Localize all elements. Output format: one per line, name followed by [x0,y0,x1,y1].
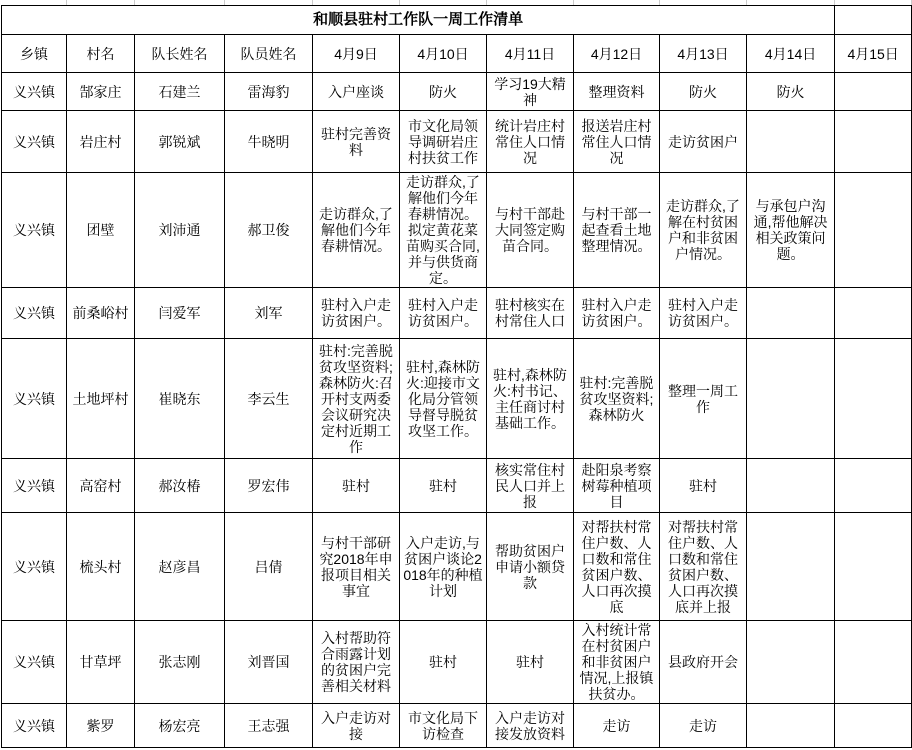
table-cell [835,288,912,339]
table-cell: 驻村核实在村常住人口 [487,288,574,339]
table-cell: 郭锐斌 [135,111,225,173]
table-row: 义兴镇高窑村郝汝椿罗宏伟驻村驻村核实常住村民人口并上报赴阳泉考察树莓种植项目驻村 [2,459,912,513]
table-cell: 对帮扶村常住户数、人口数和常住贫困户数、人口再次摸底并上报 [660,513,747,621]
table-cell: 驻村 [313,459,400,513]
gridline-tick [313,0,400,5]
table-cell: 驻村,森林防火:迎接市文化局分管领导督导脱贫攻坚工作。 [400,339,487,459]
table-cell: 入户座谈 [313,73,400,111]
table-cell [747,621,835,704]
table-cell: 与村干部研究2018年申报项目相关事宜 [313,513,400,621]
table-cell: 高窑村 [67,459,135,513]
gridline-tick [400,0,487,5]
column-header: 队长姓名 [135,35,225,73]
table-cell: 张志刚 [135,621,225,704]
table-cell: 入户走访,与贫困户谈论2018年的种植计划 [400,513,487,621]
gridline-tick [67,0,135,5]
column-header: 4月11日 [487,35,574,73]
table-cell: 学习19大精神 [487,73,574,111]
table-cell [747,339,835,459]
table-cell: 与村干部一起查看土地整理情况。 [574,173,660,288]
table-cell: 驻村 [400,621,487,704]
table-cell: 整理资料 [574,73,660,111]
table-cell: 紫罗 [67,704,135,748]
table-cell: 走访群众,了解他们今年春耕情况。拟定黄花菜苗购买合同,并与供货商定。 [400,173,487,288]
table-row: 义兴镇前桑峪村闫爱军刘军驻村入户走访贫困户。驻村入户走访贫困户。驻村核实在村常住… [2,288,912,339]
table-cell: 防火 [660,73,747,111]
column-header: 4月15日 [835,35,912,73]
gridline-tick [487,0,574,5]
table-cell: 走访群众,了解他们今年春耕情况。 [313,173,400,288]
table-cell: 防火 [747,73,835,111]
table-cell: 闫爱军 [135,288,225,339]
table-row: 义兴镇甘草坪张志刚刘晋国入村帮助符合雨露计划的贫困户完善相关材料驻村驻村入村统计… [2,621,912,704]
table-cell [835,621,912,704]
table-cell: 李云生 [225,339,313,459]
table-cell: 驻村 [487,621,574,704]
table-cell: 义兴镇 [2,704,67,748]
table-cell: 义兴镇 [2,459,67,513]
table-cell: 郜家庄 [67,73,135,111]
table-row: 义兴镇土地坪村崔晓东李云生驻村:完善脱贫攻坚资料; 森林防火:召开村支两委会议研… [2,339,912,459]
table-cell: 统计岩庄村常住人口情况 [487,111,574,173]
table-cell [835,73,912,111]
table-cell [747,704,835,748]
column-header: 乡镇 [2,35,67,73]
gridline-tick [135,0,225,5]
table-cell: 崔晓东 [135,339,225,459]
table-cell: 驻村入户走访贫困户。 [400,288,487,339]
column-header: 队员姓名 [225,35,313,73]
column-header: 4月9日 [313,35,400,73]
table-cell: 义兴镇 [2,173,67,288]
table-cell [747,288,835,339]
gridline-tick [835,0,912,5]
table-cell: 郝汝椿 [135,459,225,513]
table-row: 义兴镇梳头村赵彦昌吕倩与村干部研究2018年申报项目相关事宜入户走访,与贫困户谈… [2,513,912,621]
table-cell: 义兴镇 [2,339,67,459]
table-cell: 罗宏伟 [225,459,313,513]
table-cell: 驻村,森林防火:村书记、主任商讨村基础工作。 [487,339,574,459]
table-cell: 走访 [660,704,747,748]
table-cell: 刘军 [225,288,313,339]
table-cell: 驻村:完善脱贫攻坚资料; 森林防火 [574,339,660,459]
table-cell [835,339,912,459]
table-cell: 驻村完善资料 [313,111,400,173]
table-cell [835,513,912,621]
table-cell: 报送岩庄村常住人口情况 [574,111,660,173]
table-cell: 郝卫俊 [225,173,313,288]
table-cell: 驻村 [400,459,487,513]
table-cell: 梳头村 [67,513,135,621]
table-cell: 雷海豹 [225,73,313,111]
title-row: 和顺县驻村工作队一周工作清单 [2,6,912,35]
table-cell: 帮助贫困户申请小额贷款 [487,513,574,621]
table-cell: 对帮扶村常住户数、人口数和常住贫困户数、人口再次摸底 [574,513,660,621]
table-cell: 整理一周工作 [660,339,747,459]
table-cell [747,513,835,621]
gridline-remnant-strip [2,0,912,5]
table-cell: 团壁 [67,173,135,288]
table-cell: 义兴镇 [2,111,67,173]
gridline-tick [225,0,313,5]
gridline-tick [2,0,67,5]
table-cell: 走访 [574,704,660,748]
table-row: 义兴镇岩庄村郭锐斌牛晓明驻村完善资料市文化局领导调研岩庄村扶贫工作统计岩庄村常住… [2,111,912,173]
table-cell: 入村统计常在村贫困户和非贫困户情况,上报镇扶贫办。 [574,621,660,704]
work-schedule-table: 和顺县驻村工作队一周工作清单 乡镇村名队长姓名队员姓名4月9日4月10日4月11… [1,5,912,748]
table-cell: 岩庄村 [67,111,135,173]
gridline-tick [574,0,660,5]
table-cell: 防火 [400,73,487,111]
column-header: 村名 [67,35,135,73]
gridline-tick [747,0,835,5]
table-cell: 赴阳泉考察树莓种植项目 [574,459,660,513]
table-cell: 赵彦昌 [135,513,225,621]
table-cell: 市文化局领导调研岩庄村扶贫工作 [400,111,487,173]
table-cell: 驻村入户走访贫困户。 [660,288,747,339]
column-header: 4月14日 [747,35,835,73]
table-cell: 石建兰 [135,73,225,111]
table-cell: 走访群众,了解在村贫困户和非贫困户情况。 [660,173,747,288]
table-cell: 前桑峪村 [67,288,135,339]
table-cell: 县政府开会 [660,621,747,704]
table-cell: 杨宏亮 [135,704,225,748]
title-right-empty-cell [835,6,912,35]
table-cell [747,111,835,173]
table-cell: 牛晓明 [225,111,313,173]
table-cell: 与承包户沟通,帮他解决相关政策问题。 [747,173,835,288]
table-cell: 甘草坪 [67,621,135,704]
table-cell [835,704,912,748]
table-cell: 驻村入户走访贫困户。 [574,288,660,339]
column-header: 4月10日 [400,35,487,73]
table-cell: 刘沛通 [135,173,225,288]
table-cell: 与村干部赴大同签定购苗合同。 [487,173,574,288]
table-cell: 驻村入户走访贫困户。 [313,288,400,339]
column-header: 4月12日 [574,35,660,73]
table-row: 义兴镇郜家庄石建兰雷海豹入户座谈防火学习19大精神整理资料防火防火 [2,73,912,111]
table-cell: 入村帮助符合雨露计划的贫困户完善相关材料 [313,621,400,704]
table-cell: 王志强 [225,704,313,748]
table-cell [835,111,912,173]
table-cell [747,459,835,513]
table-cell: 吕倩 [225,513,313,621]
table-cell: 义兴镇 [2,288,67,339]
table-cell: 刘晋国 [225,621,313,704]
table-cell [835,459,912,513]
table-cell: 义兴镇 [2,73,67,111]
table-cell: 入户走访对接 [313,704,400,748]
table-cell: 走访贫困户 [660,111,747,173]
table-cell [835,173,912,288]
table-cell: 入户走访对接发放资料 [487,704,574,748]
page-title: 和顺县驻村工作队一周工作清单 [2,6,835,35]
table-row: 义兴镇团壁刘沛通郝卫俊走访群众,了解他们今年春耕情况。走访群众,了解他们今年春耕… [2,173,912,288]
table-row: 义兴镇紫罗杨宏亮王志强入户走访对接市文化局下访检查入户走访对接发放资料走访走访 [2,704,912,748]
table-cell: 土地坪村 [67,339,135,459]
table-cell: 核实常住村民人口并上报 [487,459,574,513]
table-cell: 义兴镇 [2,621,67,704]
table-cell: 义兴镇 [2,513,67,621]
table-cell: 驻村 [660,459,747,513]
table-cell: 驻村:完善脱贫攻坚资料; 森林防火:召开村支两委会议研究决定村近期工作 [313,339,400,459]
table-cell: 市文化局下访检查 [400,704,487,748]
column-header: 4月13日 [660,35,747,73]
gridline-tick [660,0,747,5]
header-row: 乡镇村名队长姓名队员姓名4月9日4月10日4月11日4月12日4月13日4月14… [2,35,912,73]
